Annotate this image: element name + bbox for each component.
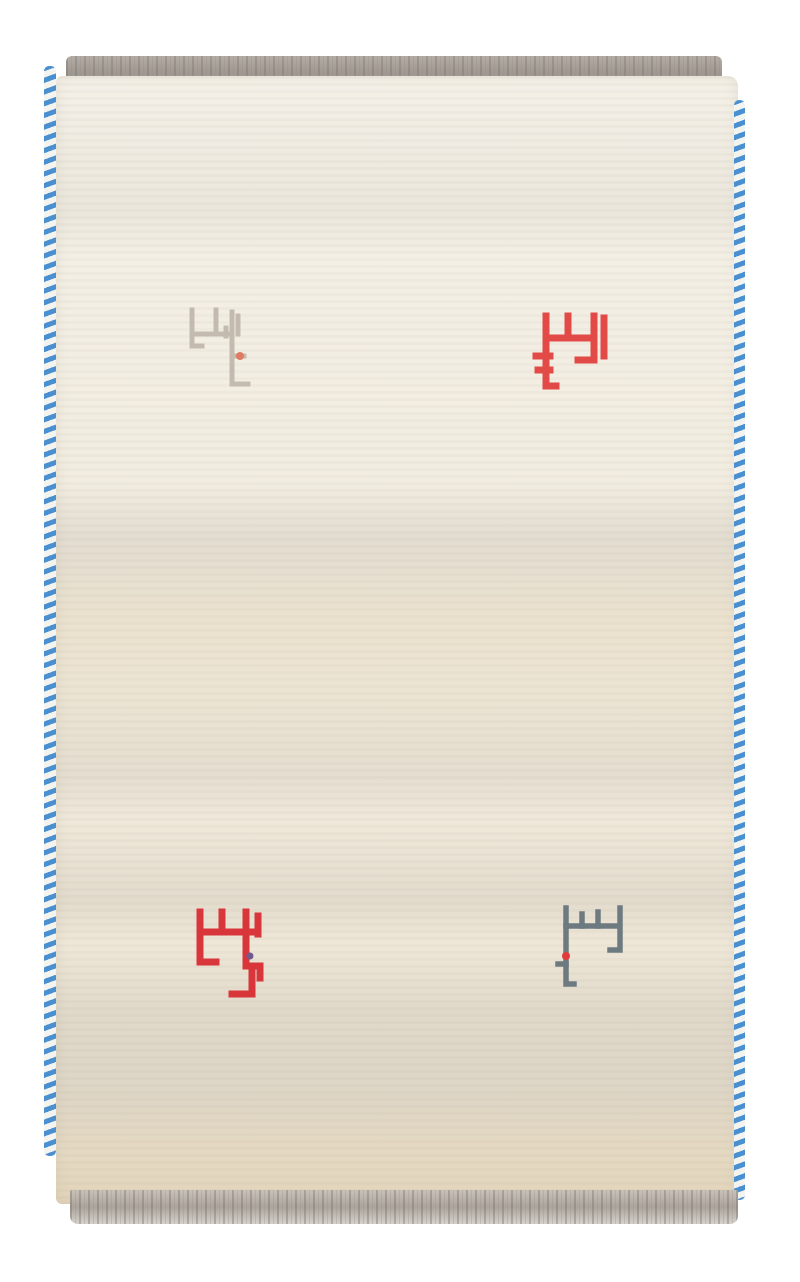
rug-photo — [0, 0, 800, 1282]
animal-motif-top-right-icon — [532, 310, 612, 394]
right-selvedge — [734, 100, 745, 1200]
bottom-fringe — [70, 1190, 738, 1224]
rug-field — [56, 76, 738, 1204]
animal-motif-bottom-right-icon — [552, 900, 632, 996]
animal-motif-top-left-icon — [186, 306, 258, 390]
left-selvedge — [44, 66, 56, 1156]
animal-motif-bottom-left-icon — [194, 906, 274, 1002]
